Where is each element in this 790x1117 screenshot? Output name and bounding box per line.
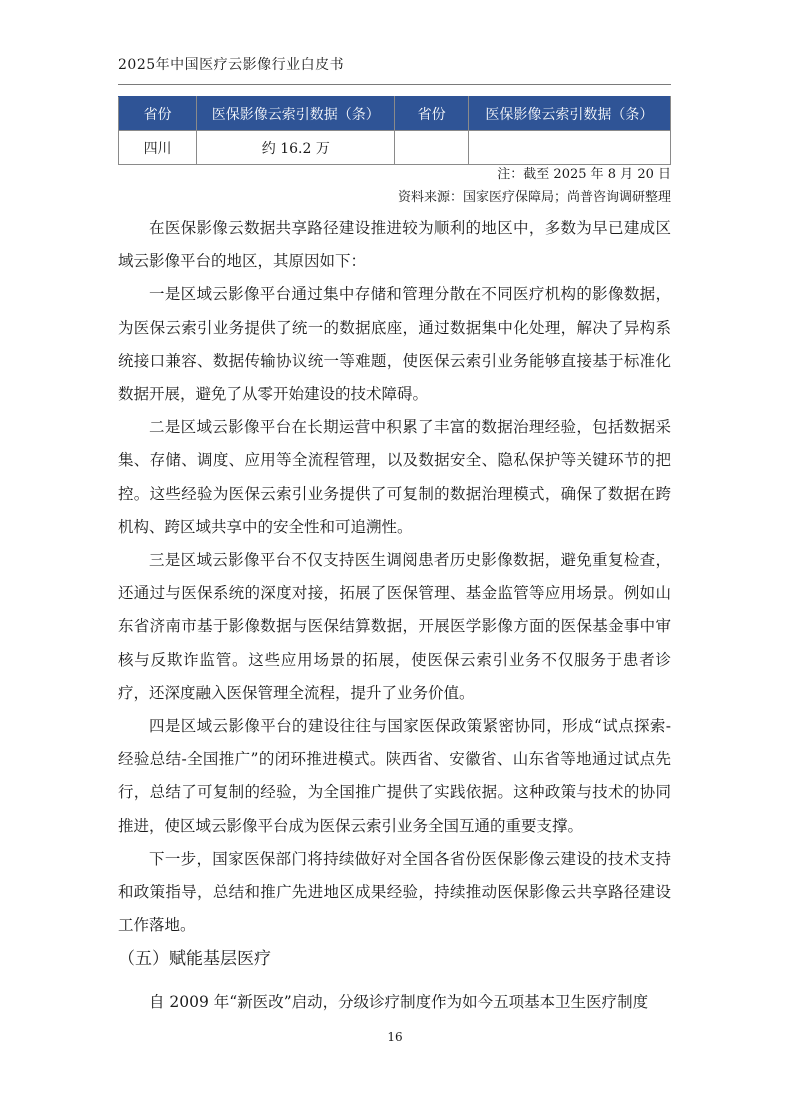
column-header-index-count: 医保影像云索引数据（条） [468,97,670,131]
table-cell-province [395,131,468,165]
table-cell-index-count [468,131,670,165]
column-header-index-count: 医保影像云索引数据（条） [197,97,395,131]
table-note: 注：截至 2025 年 8 月 20 日 [497,163,671,182]
table-row: 四川 约 16.2 万 [119,131,671,165]
paragraph: 四是区域云影像平台的建设往往与国家医保政策紧密协同，形成“试点探索-经验总结-全… [118,710,671,843]
body-text: 在医保影像云数据共享路径建设推进较为顺利的地区中，多数为早已建成区域云影像平台的… [118,212,671,942]
paragraph: 二是区域云影像平台在长期运营中积累了丰富的数据治理经验，包括数据采集、存储、调度… [118,411,671,544]
page-number: 16 [0,1030,790,1044]
header-divider [118,84,671,85]
province-index-table: 省份 医保影像云索引数据（条） 省份 医保影像云索引数据（条） 四川 约 16.… [118,96,671,165]
paragraph: 下一步，国家医保部门将持续做好对全国各省份医保影像云建设的技术支持和政策指导，总… [118,843,671,943]
document-header-title: 2025年中国医疗云影像行业白皮书 [118,54,344,74]
table-cell-index-count: 约 16.2 万 [197,131,395,165]
table-cell-province: 四川 [119,131,197,165]
column-header-province: 省份 [395,97,468,131]
paragraph: 自 2009 年“新医改”启动，分级诊疗制度作为如今五项基本卫生医疗制度 [118,990,671,1012]
paragraph: 一是区域云影像平台通过集中存储和管理分散在不同医疗机构的影像数据，为医保云索引业… [118,278,671,411]
paragraph: 在医保影像云数据共享路径建设推进较为顺利的地区中，多数为早已建成区域云影像平台的… [118,212,671,278]
section-heading: （五）赋能基层医疗 [118,944,271,969]
table-source: 资料来源：国家医疗保障局；尚普咨询调研整理 [398,186,671,205]
paragraph: 三是区域云影像平台不仅支持医生调阅患者历史影像数据，避免重复检查，还通过与医保系… [118,544,671,710]
table-header-row: 省份 医保影像云索引数据（条） 省份 医保影像云索引数据（条） [119,97,671,131]
column-header-province: 省份 [119,97,197,131]
